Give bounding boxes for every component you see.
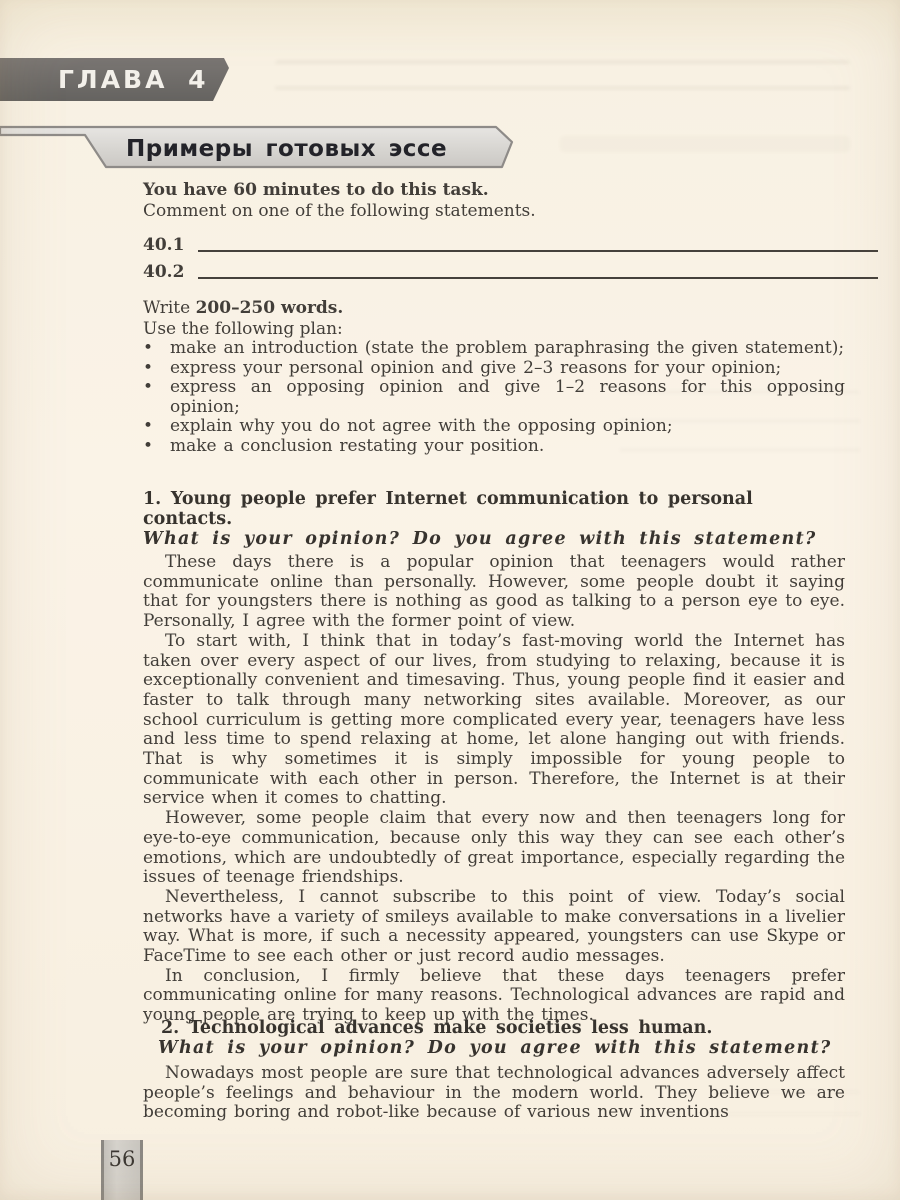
answer-field-row: 40.2 — [143, 260, 878, 282]
bullet-icon: • — [143, 339, 170, 359]
answer-field-line — [198, 250, 878, 252]
write-instruction: Write 200–250 words. — [143, 298, 845, 319]
plan-intro-line: Use the following plan: — [143, 319, 845, 340]
essay-1-subheading: What is your opinion? Do you agree with … — [143, 529, 845, 549]
write-instruction-prefix: Write — [143, 298, 196, 318]
plan-item: •express an opposing opinion and give 1–… — [143, 378, 845, 417]
answer-field-label: 40.1 — [143, 235, 184, 256]
essay-paragraph: Nevertheless, I cannot subscribe to this… — [143, 888, 845, 967]
essay-paragraph: In conclusion, I firmly believe that the… — [143, 967, 845, 1026]
plan-item-text: express an opposing opinion and give 1–2… — [170, 377, 845, 417]
essay-2-body: Nowadays most people are sure that techn… — [143, 1064, 845, 1123]
essay-paragraph: However, some people claim that every no… — [143, 809, 845, 888]
task-comment-line: Comment on one of the following statemen… — [143, 201, 845, 222]
plan-item: •make a conclusion restating your positi… — [143, 437, 845, 457]
chapter-banner: ГЛАВА 4 — [0, 58, 232, 101]
show-through-artifact — [275, 60, 850, 102]
essay-paragraph: These days there is a popular opinion th… — [143, 553, 845, 632]
essay-paragraph: Nowadays most people are sure that techn… — [143, 1064, 845, 1123]
answer-field-line — [198, 277, 878, 279]
bullet-icon: • — [143, 417, 170, 437]
book-page: ГЛАВА 4 Примеры готовых эссе You have 60… — [0, 0, 900, 1200]
essay-2-subheading: What is your opinion? Do you agree with … — [143, 1038, 845, 1058]
essay-paragraph: To start with, I think that in today’s f… — [143, 632, 845, 809]
section-banner: Примеры готовых эссе — [0, 125, 516, 169]
answer-field-row: 40.1 — [143, 233, 878, 255]
plan-item-text: make an introduction (state the problem … — [170, 338, 844, 358]
essay-2-heading: 2. Technological advances make societies… — [143, 1018, 845, 1038]
plan-item: •express your personal opinion and give … — [143, 359, 845, 379]
essay-1-section: 1. Young people prefer Internet communic… — [143, 489, 845, 1026]
chapter-banner-label: ГЛАВА 4 — [58, 58, 228, 101]
essay-1-heading: 1. Young people prefer Internet communic… — [143, 489, 845, 529]
bullet-icon: • — [143, 359, 170, 379]
plan-item-text: make a conclusion restating your positio… — [170, 436, 544, 456]
write-instruction-bold: 200–250 words. — [196, 298, 344, 318]
plan-item-text: express your personal opinion and give 2… — [170, 358, 781, 378]
section-banner-label: Примеры готовых эссе — [126, 130, 447, 168]
page-number: 56 — [109, 1147, 136, 1171]
task-time-line: You have 60 minutes to do this task. — [143, 180, 845, 201]
plan-item-text: explain why you do not agree with the op… — [170, 416, 673, 436]
essay-1-body: These days there is a popular opinion th… — [143, 553, 845, 1026]
answer-field-label: 40.2 — [143, 262, 184, 283]
task-block: You have 60 minutes to do this task. Com… — [143, 180, 845, 457]
bullet-icon: • — [143, 378, 170, 398]
page-number-tab: 56 — [101, 1140, 143, 1200]
plan-list: •make an introduction (state the problem… — [143, 339, 845, 457]
bullet-icon: • — [143, 437, 170, 457]
plan-item: •make an introduction (state the problem… — [143, 339, 845, 359]
essay-2-section: 2. Technological advances make societies… — [143, 1018, 845, 1123]
plan-item: •explain why you do not agree with the o… — [143, 417, 845, 437]
show-through-artifact — [560, 136, 850, 152]
